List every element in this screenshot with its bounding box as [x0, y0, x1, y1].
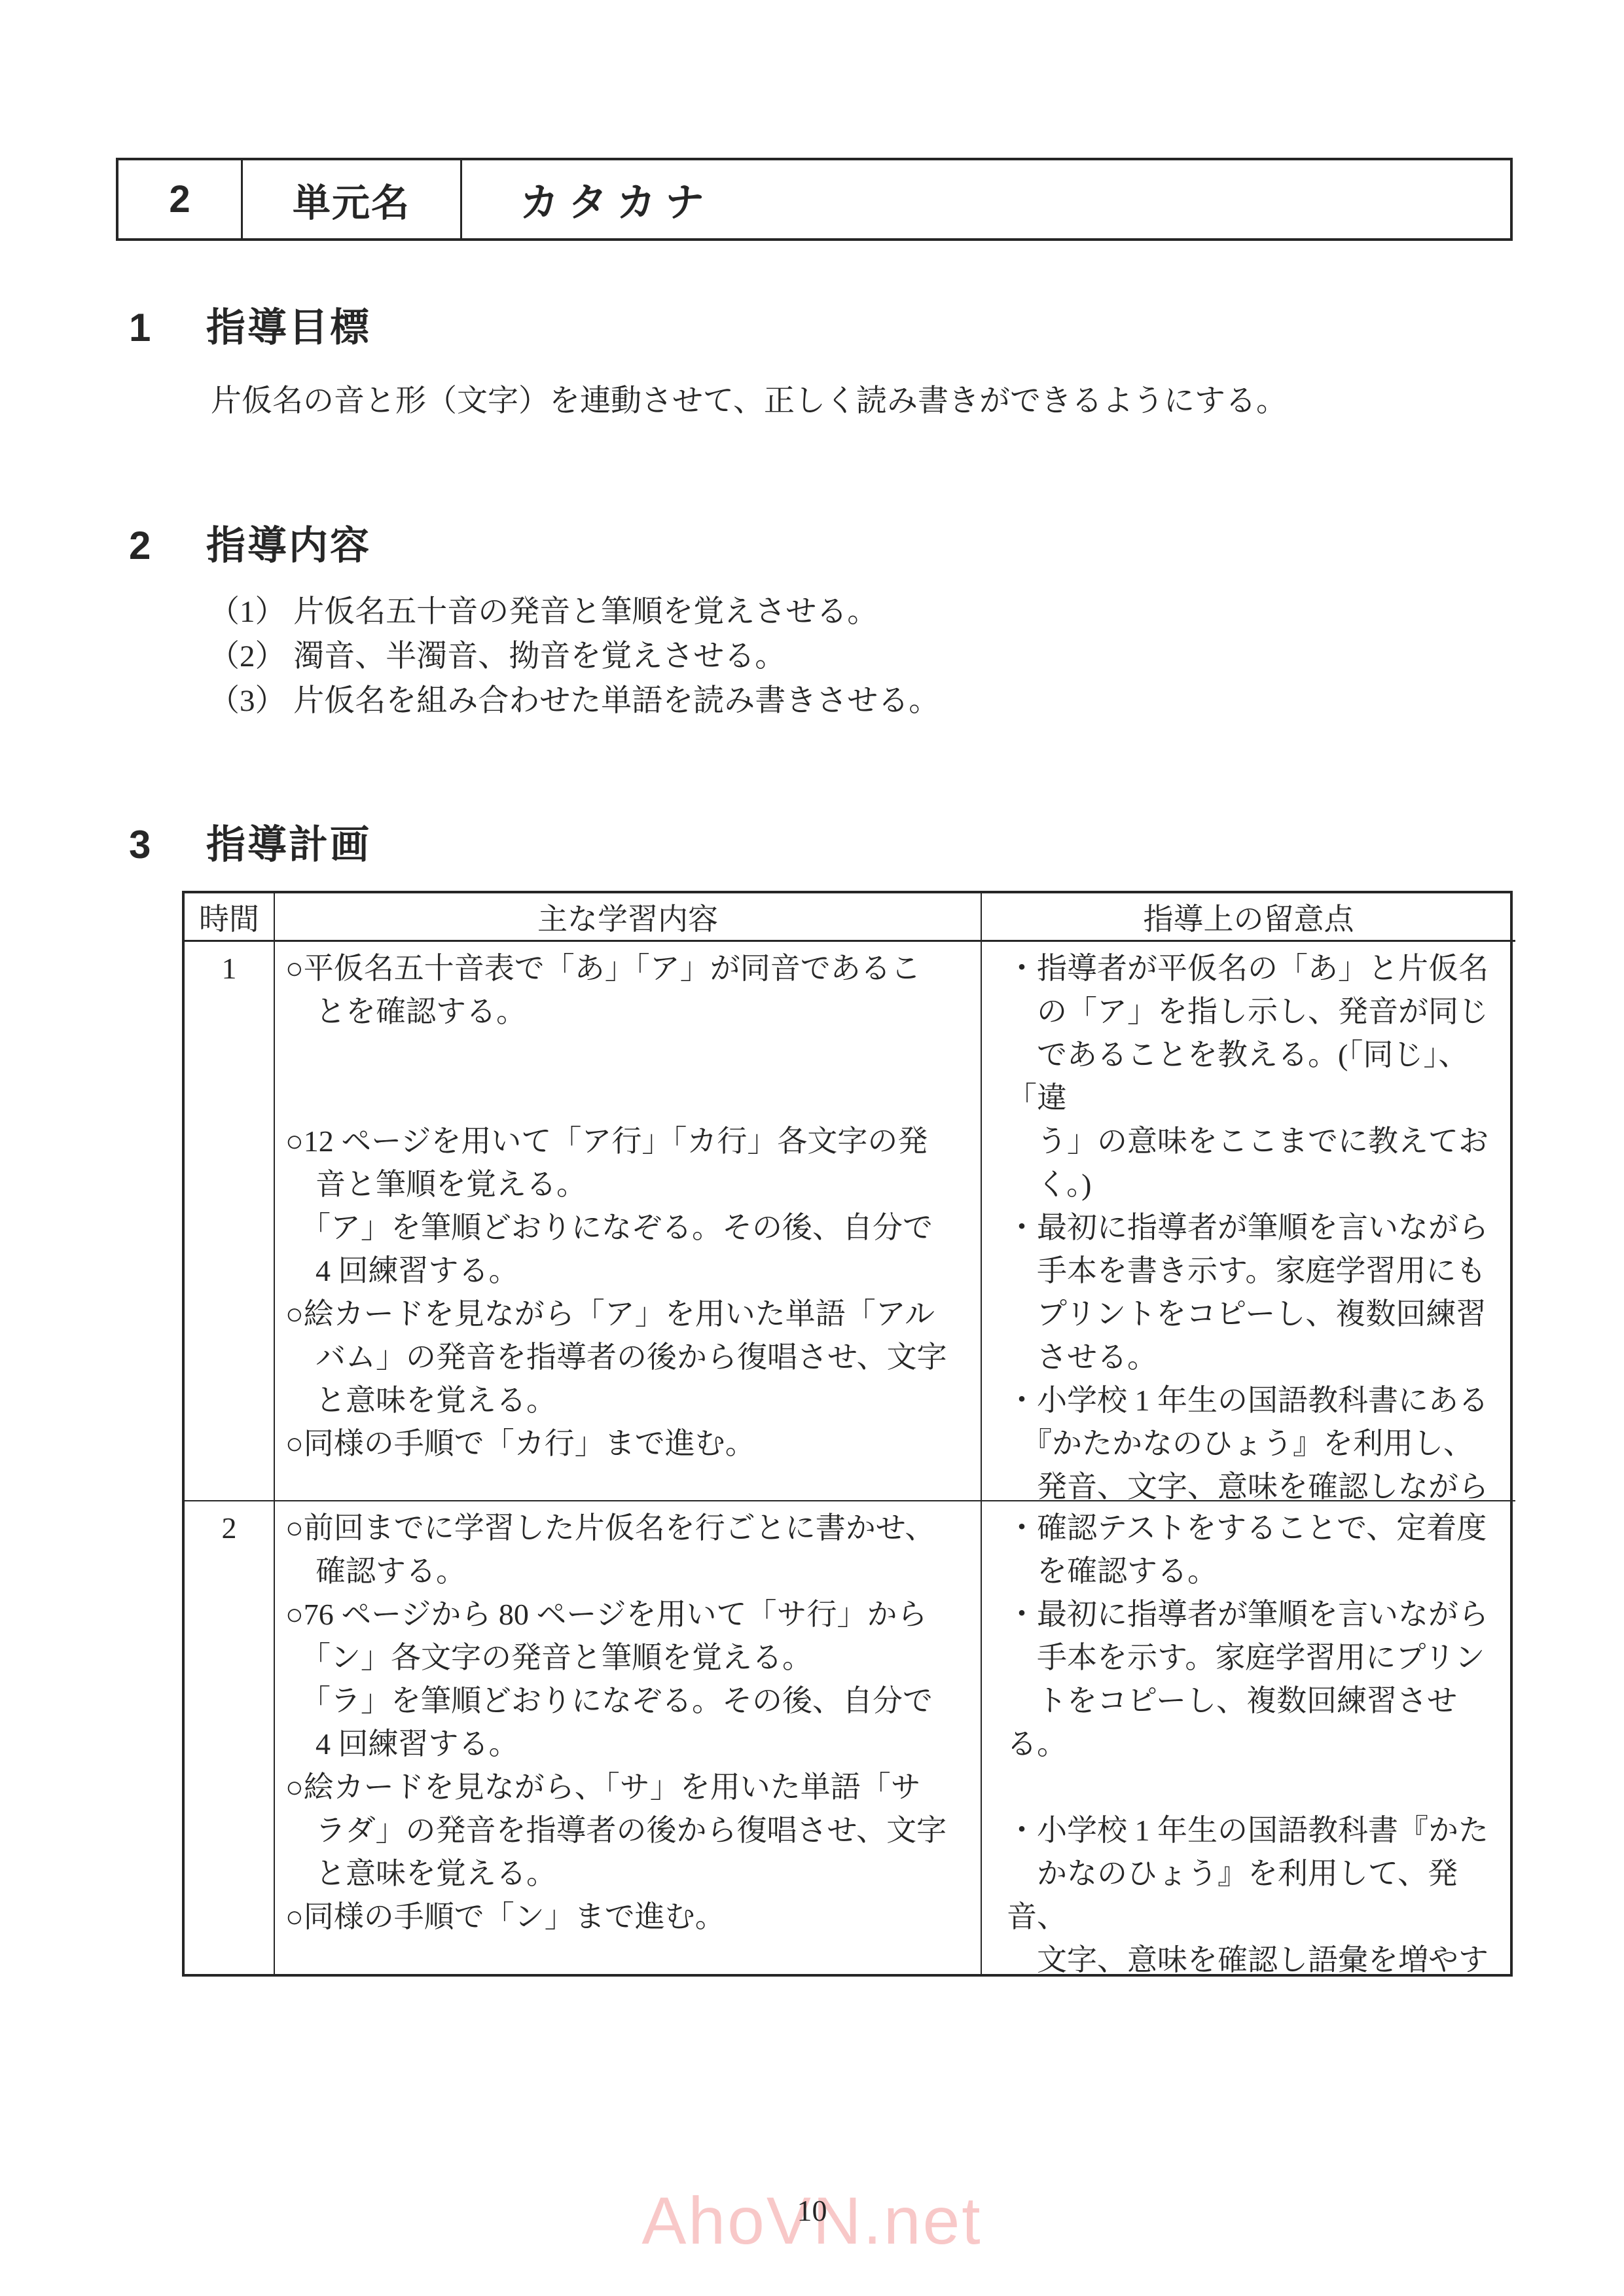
- section-3-number: 3: [129, 825, 170, 865]
- table-header-time: 時間: [185, 893, 274, 940]
- table-row-1-notes: ・指導者が平仮名の「あ」と片仮名 の「ア」を指し示し、発音が同じ であることを教…: [981, 940, 1515, 1500]
- section-2-number: 2: [129, 526, 170, 566]
- table-header-notes: 指導上の留意点: [981, 893, 1515, 940]
- content-item-3: （3） 片仮名を組み合わせた単語を読み書きさせる。: [209, 679, 939, 723]
- unit-value: カタカナ: [462, 160, 1510, 238]
- content-item-1: （1） 片仮名五十音の発音と筆順を覚えさせる。: [209, 590, 939, 634]
- objective-text: 片仮名の音と形（文字）を連動させて、正しく読み書きができるようにする。: [211, 382, 1287, 421]
- section-2-title: 指導内容: [206, 526, 371, 566]
- section-3-title: 指導計画: [206, 825, 371, 865]
- table-header-content: 主な学習内容: [274, 893, 981, 940]
- unit-label: 単元名: [243, 160, 462, 238]
- table-row-2-content: ○前回までに学習した片仮名を行ごとに書かせ、 確認する。 ○76 ページから 8…: [274, 1500, 981, 1974]
- table-row-2-notes: ・確認テストをすることで、定着度 を確認する。 ・最初に指導者が筆順を言いながら…: [981, 1500, 1515, 1974]
- table-row-2-time: 2: [185, 1500, 274, 1974]
- teaching-plan-table: 時間 主な学習内容 指導上の留意点 1 ○平仮名五十音表で「あ」「ア」が同音であ…: [182, 891, 1513, 1977]
- section-1-title: 指導目標: [206, 308, 371, 348]
- content-item-list: （1） 片仮名五十音の発音と筆順を覚えさせる。 （2） 濁音、半濁音、拗音を覚え…: [209, 590, 939, 723]
- document-page: 2 単元名 カタカナ 1指導目標 片仮名の音と形（文字）を連動させて、正しく読み…: [0, 0, 1624, 2296]
- unit-title-box: 2 単元名 カタカナ: [116, 158, 1513, 241]
- table-row-1-time: 1: [185, 940, 274, 1500]
- section-3-heading: 3指導計画: [129, 825, 371, 865]
- unit-number: 2: [118, 160, 243, 238]
- section-1-number: 1: [129, 308, 170, 348]
- content-item-2: （2） 濁音、半濁音、拗音を覚えさせる。: [209, 634, 939, 679]
- table-row-1-content: ○平仮名五十音表で「あ」「ア」が同音であるこ とを確認する。 ○12 ページを用…: [274, 940, 981, 1500]
- section-2-heading: 2指導内容: [129, 526, 371, 566]
- section-1-heading: 1指導目標: [129, 308, 371, 348]
- page-number: 10: [0, 2194, 1624, 2228]
